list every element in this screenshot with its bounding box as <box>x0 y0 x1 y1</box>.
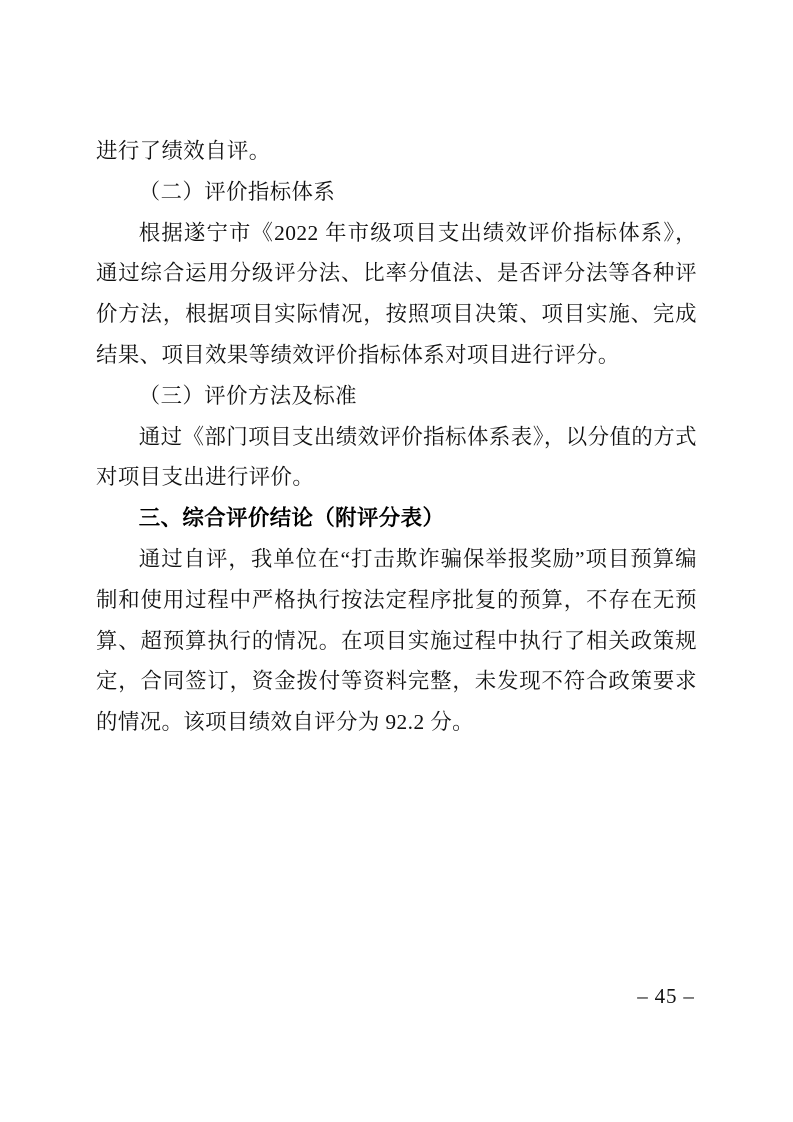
heading-evaluation-method-standard: （三）评价方法及标准 <box>96 376 697 417</box>
paragraph-self-evaluation-continuation: 进行了绩效自评。 <box>96 131 697 172</box>
document-body: 进行了绩效自评。 （二）评价指标体系 根据遂宁市《2022 年市级项目支出绩效评… <box>96 131 697 743</box>
paragraph-evaluation-method-description: 通过《部门项目支出绩效评价指标体系表》，以分值的方式对项目支出进行评价。 <box>96 417 697 499</box>
heading-evaluation-indicator-system: （二）评价指标体系 <box>96 172 697 213</box>
heading-comprehensive-evaluation-conclusion: 三、综合评价结论（附评分表） <box>96 498 697 539</box>
page-number: – 45 – <box>616 984 716 1008</box>
paragraph-indicator-system-description: 根据遂宁市《2022 年市级项目支出绩效评价指标体系》，通过综合运用分级评分法、… <box>96 213 697 376</box>
paragraph-evaluation-conclusion: 通过自评，我单位在“打击欺诈骗保举报奖励”项目预算编制和使用过程中严格执行按法定… <box>96 539 697 743</box>
document-page: 进行了绩效自评。 （二）评价指标体系 根据遂宁市《2022 年市级项目支出绩效评… <box>0 0 793 1122</box>
